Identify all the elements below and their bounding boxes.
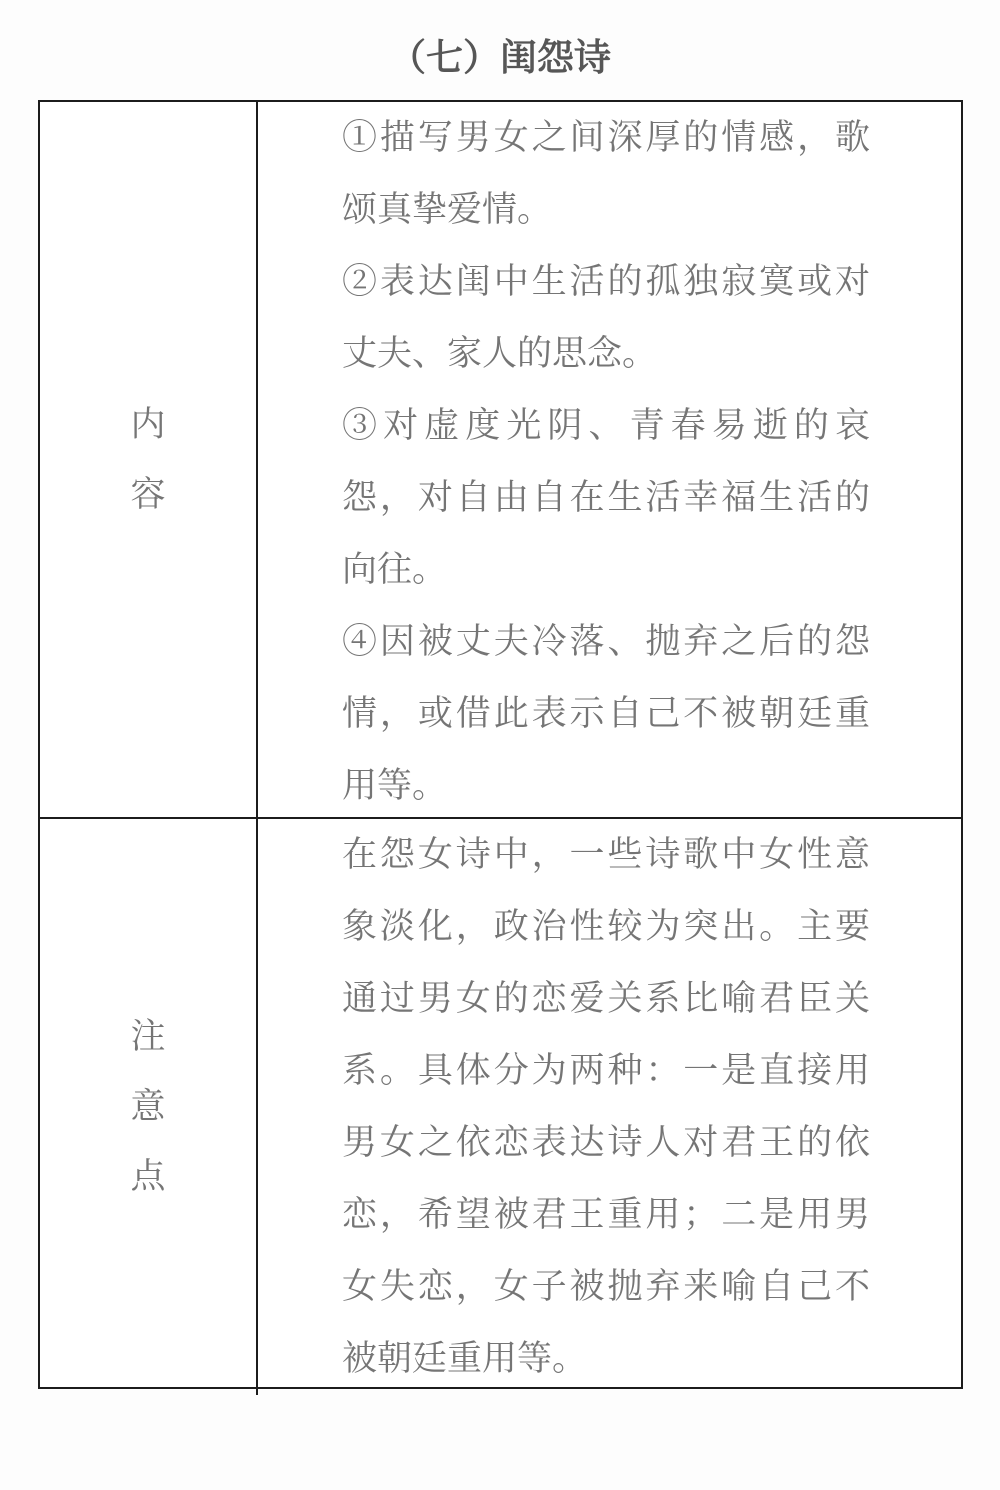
header-char: 注 xyxy=(130,1002,165,1072)
text-line: ④因被丈夫冷落、抛弃之后的怨 xyxy=(342,606,870,678)
text-line: ③对虚度光阴、青春易逝的哀 xyxy=(342,390,870,462)
text-line: 被朝廷重用等。 xyxy=(342,1323,870,1395)
page-title: （七）闺怨诗 xyxy=(0,36,1000,80)
header-char: 容 xyxy=(130,460,165,530)
table-row-notes: 注意点 在怨女诗中，一些诗歌中女性意象淡化，政治性较为突出。主要通过男女的恋爱关… xyxy=(40,817,961,1395)
text-line: 在怨女诗中，一些诗歌中女性意 xyxy=(342,819,870,891)
text-line: 男女之依恋表达诗人对君王的依 xyxy=(342,1107,870,1179)
paragraph: ②表达闺中生活的孤独寂寞或对丈夫、家人的思念。 xyxy=(342,246,961,390)
text-line: 象淡化，政治性较为突出。主要 xyxy=(342,891,870,963)
text-line: 丈夫、家人的思念。 xyxy=(342,318,870,390)
text-line: ②表达闺中生活的孤独寂寞或对 xyxy=(342,246,870,318)
text-line: 通过男女的恋爱关系比喻君臣关 xyxy=(342,963,870,1035)
text-line: 怨，对自由自在生活幸福生活的 xyxy=(342,462,870,534)
paragraph: ①描写男女之间深厚的情感，歌颂真挚爱情。 xyxy=(342,102,961,246)
text-line: 用等。 xyxy=(342,750,870,822)
header-char: 内 xyxy=(130,390,165,460)
text-line: 向往。 xyxy=(342,534,870,606)
text-line: 情，或借此表示自己不被朝廷重 xyxy=(342,678,870,750)
text-line: 颂真挚爱情。 xyxy=(342,174,870,246)
paragraph: 在怨女诗中，一些诗歌中女性意象淡化，政治性较为突出。主要通过男女的恋爱关系比喻君… xyxy=(342,819,961,1395)
row-header-notes: 注意点 xyxy=(40,819,258,1395)
text-line: 女失恋，女子被抛弃来喻自己不 xyxy=(342,1251,870,1323)
text-line: ①描写男女之间深厚的情感，歌 xyxy=(342,102,870,174)
row-body-content: ①描写男女之间深厚的情感，歌颂真挚爱情。②表达闺中生活的孤独寂寞或对丈夫、家人的… xyxy=(258,102,961,817)
paragraph: ④因被丈夫冷落、抛弃之后的怨情，或借此表示自己不被朝廷重用等。 xyxy=(342,606,961,822)
header-char: 点 xyxy=(130,1142,165,1212)
content-table: 内容 ①描写男女之间深厚的情感，歌颂真挚爱情。②表达闺中生活的孤独寂寞或对丈夫、… xyxy=(38,100,963,1389)
table-row-content: 内容 ①描写男女之间深厚的情感，歌颂真挚爱情。②表达闺中生活的孤独寂寞或对丈夫、… xyxy=(40,102,961,817)
header-char: 意 xyxy=(130,1072,165,1142)
row-header-content: 内容 xyxy=(40,102,258,817)
paragraph: ③对虚度光阴、青春易逝的哀怨，对自由自在生活幸福生活的向往。 xyxy=(342,390,961,606)
text-line: 恋，希望被君王重用；二是用男 xyxy=(342,1179,870,1251)
row-body-notes: 在怨女诗中，一些诗歌中女性意象淡化，政治性较为突出。主要通过男女的恋爱关系比喻君… xyxy=(258,819,961,1395)
text-line: 系。具体分为两种：一是直接用 xyxy=(342,1035,870,1107)
